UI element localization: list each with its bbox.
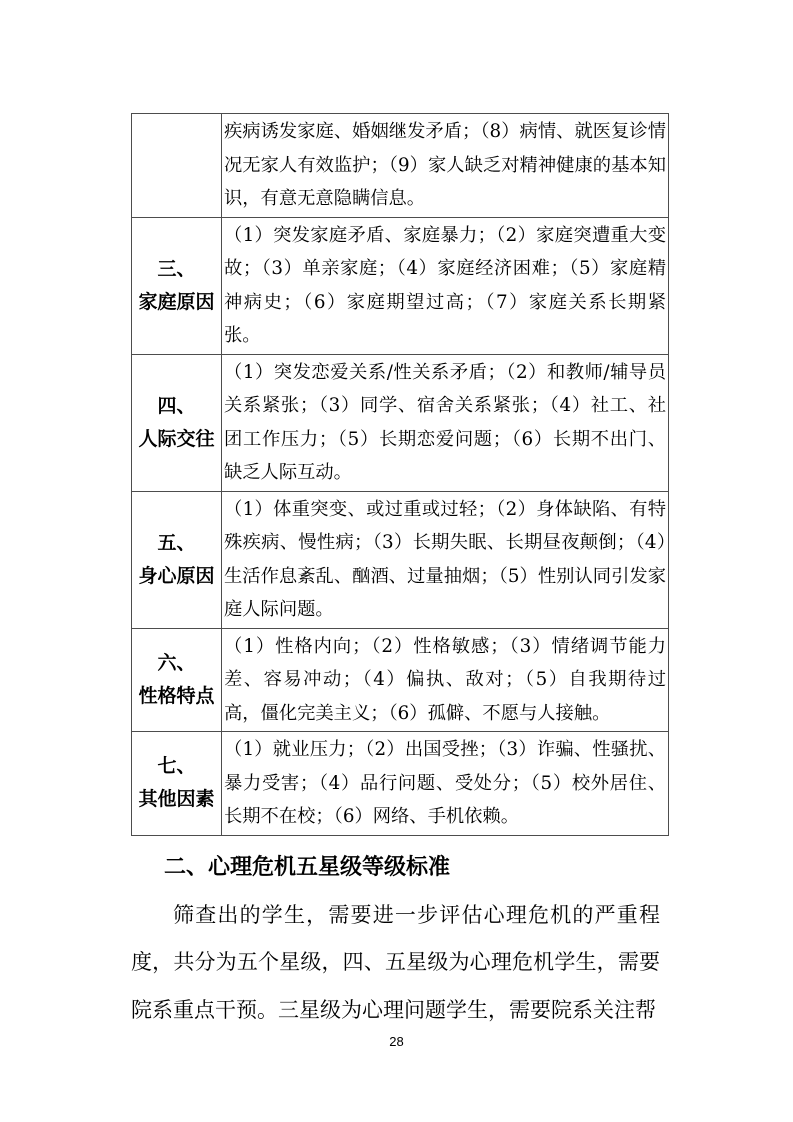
document-page: 疾病诱发家庭、婚姻继发矛盾；（8）病情、就医复诊情况无家人有效监护；（9）家人缺… [0,0,793,1122]
table-row: 六、 性格特点 （1）性格内向；（2）性格敏感；（3）情绪调节能力差、容易冲动；… [132,628,669,732]
risk-factors-table: 疾病诱发家庭、婚姻继发矛盾；（8）病情、就医复诊情况无家人有效监护；（9）家人缺… [131,113,669,836]
category-label-line2: 其他因素 [133,783,220,816]
row-content-cell: （1）就业压力；（2）出国受挫；（3）诈骗、性骚扰、暴力受害；（4）品行问题、受… [222,732,669,836]
row-content-cell: （1）体重突变、或过重或过轻；（2）身体缺陷、有特殊疾病、慢性病；（3）长期失眠… [222,491,669,628]
page-content: 疾病诱发家庭、婚姻继发矛盾；（8）病情、就医复诊情况无家人有效监护；（9）家人缺… [131,113,660,1034]
row-category-cell: 四、 人际交往 [132,354,222,491]
row-content-cell: 疾病诱发家庭、婚姻继发矛盾；（8）病情、就医复诊情况无家人有效监护；（9）家人缺… [222,114,669,218]
row-category-cell: 七、 其他因素 [132,732,222,836]
category-label-line2: 家庭原因 [133,286,220,319]
category-label-line2: 人际交往 [133,423,220,456]
row-content-cell: （1）突发家庭矛盾、家庭暴力；（2）家庭突遭重大变故；（3）单亲家庭；（4）家庭… [222,217,669,354]
row-category-cell: 五、 身心原因 [132,491,222,628]
row-category-cell [132,114,222,218]
table-row: 四、 人际交往 （1）突发恋爱关系/性关系矛盾；（2）和教师/辅导员关系紧张；（… [132,354,669,491]
category-label-line1: 三、 [133,253,220,286]
body-paragraph: 筛查出的学生，需要进一步评估心理危机的严重程度，共分为五个星级，四、五星级为心理… [131,892,660,1035]
category-label-line1: 四、 [133,390,220,423]
category-label-line1: 六、 [133,647,220,680]
page-number: 28 [0,1034,793,1049]
table-row: 五、 身心原因 （1）体重突变、或过重或过轻；（2）身体缺陷、有特殊疾病、慢性病… [132,491,669,628]
table-row: 疾病诱发家庭、婚姻继发矛盾；（8）病情、就医复诊情况无家人有效监护；（9）家人缺… [132,114,669,218]
row-category-cell: 六、 性格特点 [132,628,222,732]
table-row: 七、 其他因素 （1）就业压力；（2）出国受挫；（3）诈骗、性骚扰、暴力受害；（… [132,732,669,836]
row-content-cell: （1）突发恋爱关系/性关系矛盾；（2）和教师/辅导员关系紧张；（3）同学、宿舍关… [222,354,669,491]
row-category-cell: 三、 家庭原因 [132,217,222,354]
category-label-line2: 性格特点 [133,680,220,713]
section-heading: 二、心理危机五星级等级标准 [164,852,660,882]
category-label-line1: 五、 [133,527,220,560]
category-label-line1: 七、 [133,750,220,783]
table-row: 三、 家庭原因 （1）突发家庭矛盾、家庭暴力；（2）家庭突遭重大变故；（3）单亲… [132,217,669,354]
category-label-line2: 身心原因 [133,560,220,593]
row-content-cell: （1）性格内向；（2）性格敏感；（3）情绪调节能力差、容易冲动；（4）偏执、敌对… [222,628,669,732]
